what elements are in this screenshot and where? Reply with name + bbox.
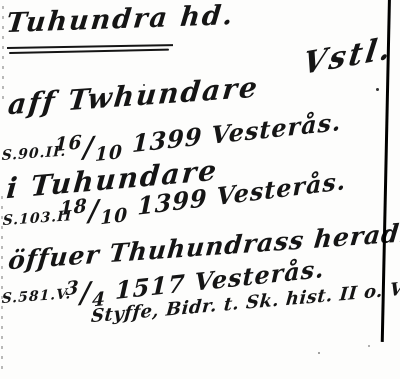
scan-speckle-strip-top [2, 6, 4, 106]
entry-heading-1: aff Twhundare [6, 70, 260, 121]
card-title: Tuhundra hd. [5, 0, 236, 39]
scan-speckle-dot [376, 88, 379, 91]
date-place-2: Vesterås. [216, 166, 346, 211]
title-underline-bottom [9, 49, 169, 54]
date-day-2: 18 [60, 195, 88, 221]
date-slash-3: / [80, 275, 92, 309]
date-month-2: 10 [100, 204, 128, 230]
province-abbreviation: Vstl. [301, 30, 396, 82]
date-slash-1: / [83, 130, 95, 164]
date-day-1: 16 [54, 131, 83, 156]
scan-speckle-dot [368, 345, 370, 347]
date-place-1: Vesterås. [211, 107, 342, 150]
date-slash-2: / [88, 193, 100, 228]
margin-reference-3: S.581.V. [1, 286, 71, 307]
date-year-1: 1399 [132, 121, 203, 158]
date-year-2: 1399 [137, 183, 208, 221]
scan-speckle-dot [318, 352, 320, 354]
date-day-3: 3 [65, 277, 80, 301]
scan-speckle-dot [143, 84, 145, 86]
scan-speckle-strip-bottom [1, 196, 3, 376]
archive-index-card: Tuhundra hd. Vstl. aff Twhundare S.90.II… [0, 0, 400, 379]
